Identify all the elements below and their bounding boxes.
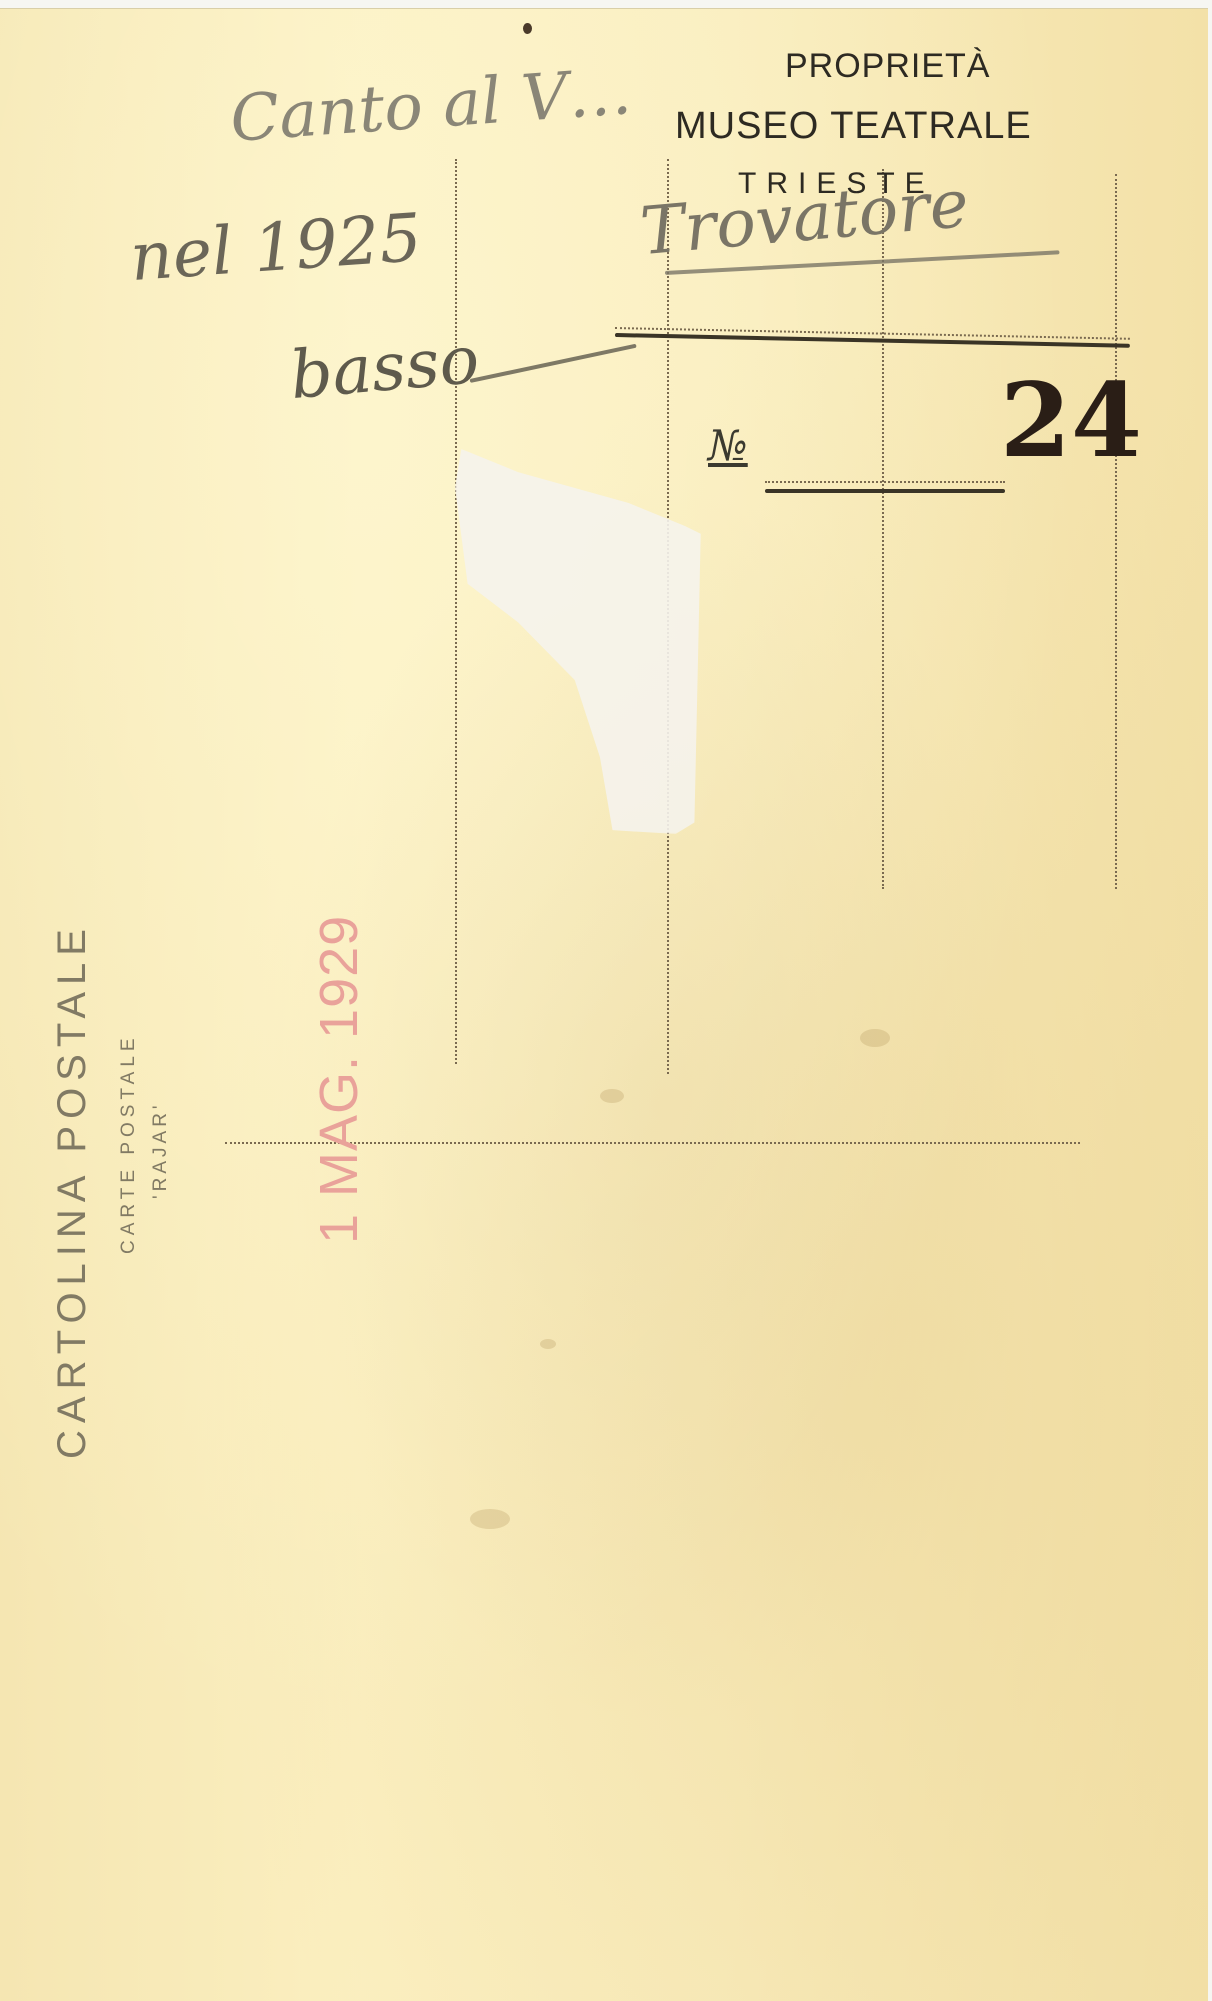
stamp-box-guide: [882, 169, 884, 889]
stamp-box-guide: [455, 159, 457, 1064]
stamp-line-2: MUSEO TEATRALE: [675, 105, 1032, 148]
inventory-number: 24: [1000, 361, 1142, 481]
stamp-box-guide: [1115, 174, 1117, 889]
date-stamp: 1 MAG. 1929: [308, 915, 370, 1244]
adhesive-residue: [455, 449, 770, 834]
number-sign: №: [708, 421, 748, 470]
number-rule-dotted: [765, 481, 1005, 483]
paper-stain: [470, 1509, 510, 1529]
paper-stain: [860, 1029, 890, 1047]
handwritten-line-1: Canto al V…: [228, 55, 634, 157]
paper-stain: [600, 1089, 624, 1103]
postcard-title: CARTOLINA POSTALE: [50, 922, 95, 1459]
pin-hole: [523, 23, 532, 34]
paper-stain: [540, 1339, 556, 1349]
handwritten-line-4: basso: [287, 321, 482, 414]
stamp-line-1: PROPRIETÀ: [785, 47, 990, 86]
pencil-stroke: [470, 344, 637, 383]
postcard-subtitle: CARTE POSTALE: [118, 1033, 140, 1254]
publisher-mark: 'RAJAR': [150, 1101, 172, 1199]
number-rule: [765, 489, 1005, 493]
postcard: PROPRIETÀ MUSEO TEATRALE TRIESTE № 24 Ca…: [0, 8, 1208, 2000]
handwritten-line-2: nel 1925: [128, 199, 424, 296]
handwritten-line-3: Trovatore: [637, 165, 971, 270]
